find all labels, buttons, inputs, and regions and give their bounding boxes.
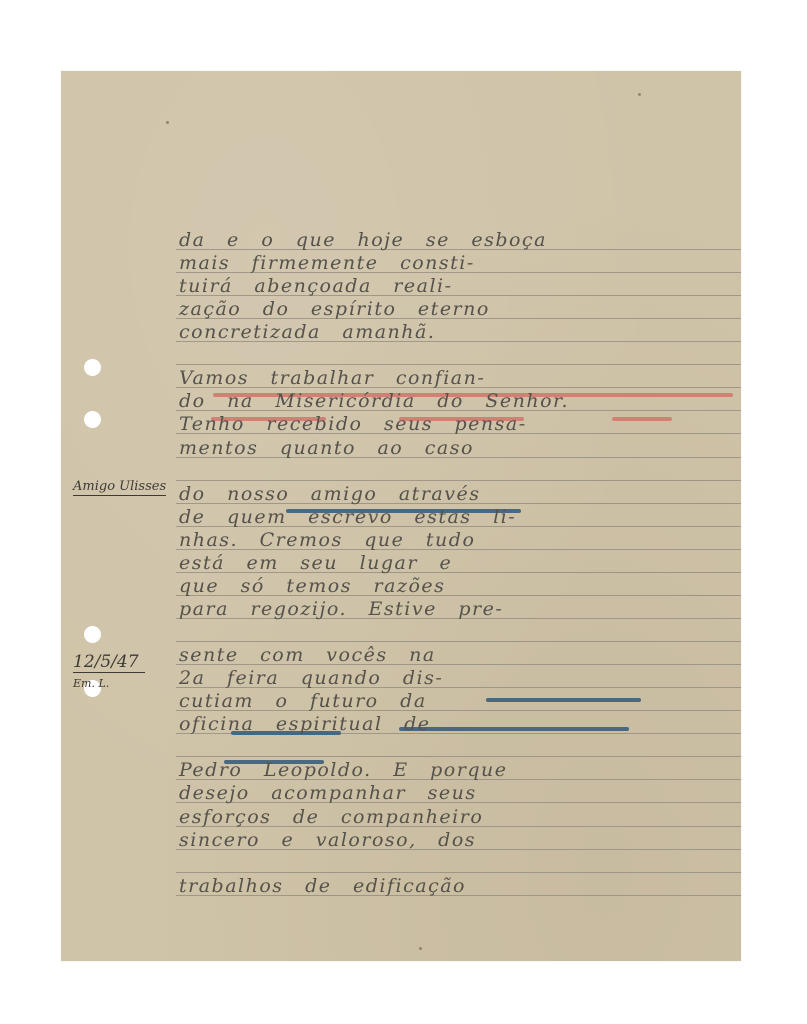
text-line: desejo acompanhar seus	[179, 782, 739, 805]
text-line: que só temos razões	[179, 575, 739, 598]
text-line: zação do espírito eterno	[179, 298, 739, 321]
text-line: está em seu lugar e	[179, 552, 739, 575]
text-line: esforços de companheiro	[179, 806, 739, 829]
ruled-line	[176, 480, 741, 481]
text-line: sente com vocês na	[179, 644, 739, 667]
punch-hole	[84, 626, 101, 643]
text-line: da e o que hoje se esboça	[179, 229, 739, 252]
text-line: 2a feira quando dis-	[179, 667, 739, 690]
margin-note-recipient: Amigo Ulisses	[73, 479, 166, 496]
margin-note-date: 12/5/47	[73, 652, 145, 673]
margin-note-initials: Em. L.	[73, 677, 109, 690]
text-line: para regozijo. Estive pre-	[179, 598, 739, 621]
punch-hole	[84, 411, 101, 428]
text-line: Tenho recebido seus pensa-	[179, 413, 739, 436]
ruled-line	[176, 872, 741, 873]
text-line: tuirá abençoada reali-	[179, 275, 739, 298]
text-line: sincero e valoroso, dos	[179, 829, 739, 852]
paper-speck	[419, 947, 422, 950]
text-line: do nosso amigo através	[179, 483, 739, 506]
text-line: oficina espiritual de	[179, 713, 739, 736]
ruled-line	[176, 641, 741, 642]
text-line: mais firmemente consti-	[179, 252, 739, 275]
text-line: Vamos trabalhar confian-	[179, 367, 739, 390]
text-line: de quem escrevo estas li-	[179, 506, 739, 529]
ruled-line	[176, 756, 741, 757]
paper-speck	[166, 121, 169, 124]
paper-speck	[638, 93, 641, 96]
text-line: Pedro Leopoldo. E porque	[179, 759, 739, 782]
text-line: do na Misericórdia do Senhor.	[179, 390, 739, 413]
text-line: cutiam o futuro da	[179, 690, 739, 713]
text-line: concretizada amanhã.	[179, 321, 739, 344]
punch-hole	[84, 359, 101, 376]
letter-page: da e o que hoje se esboça mais firmement…	[61, 71, 741, 961]
ruled-line	[176, 364, 741, 365]
text-line: mentos quanto ao caso	[179, 437, 739, 460]
text-line: nhas. Cremos que tudo	[179, 529, 739, 552]
text-line: trabalhos de edificação	[179, 875, 739, 898]
